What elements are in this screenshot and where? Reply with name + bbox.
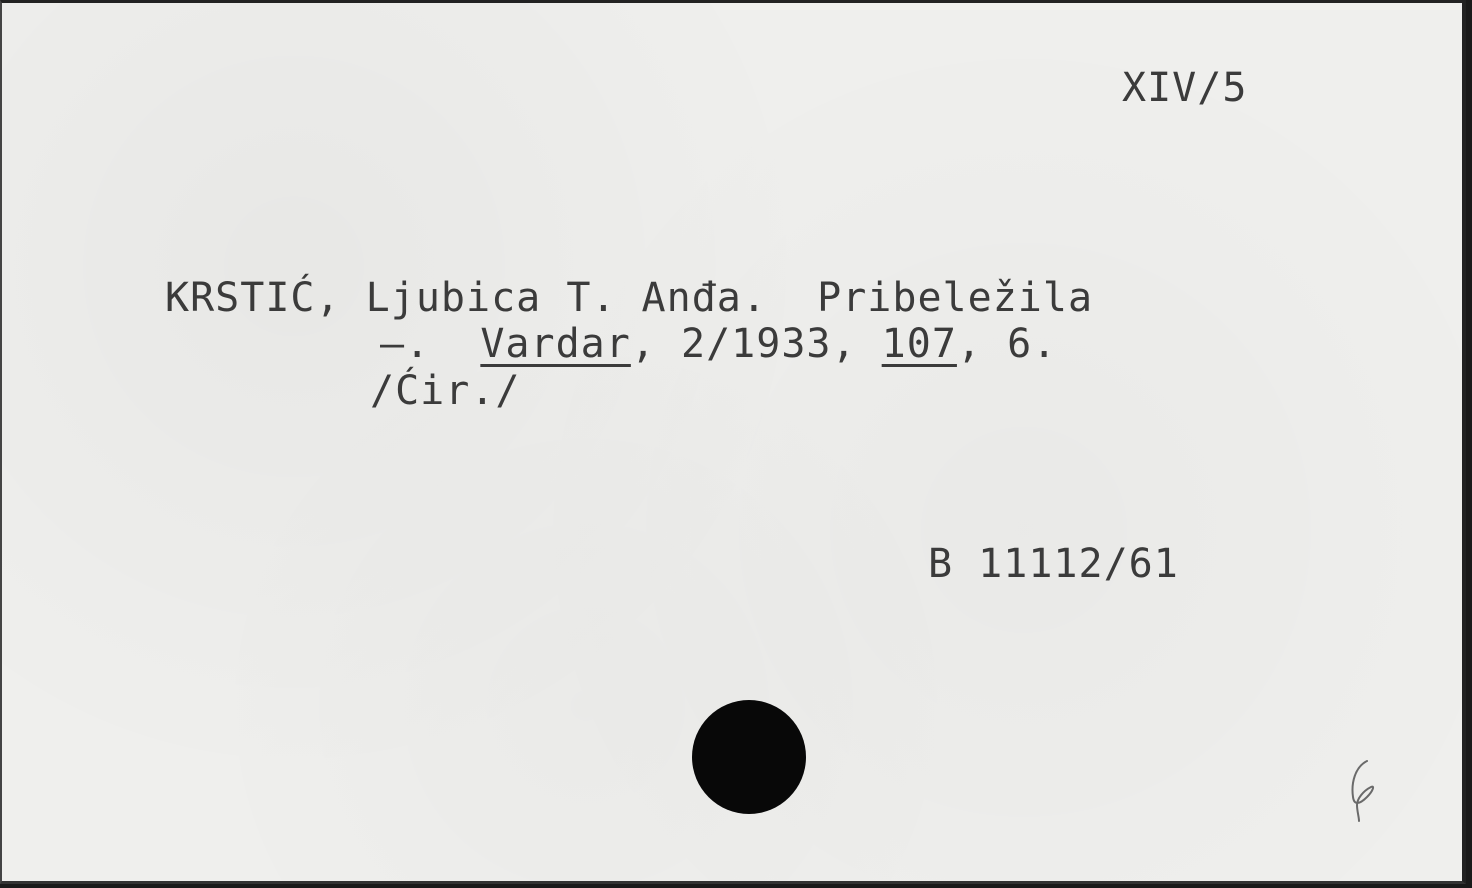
punch-hole [692, 700, 806, 814]
catalog-card: XIV/5 KRSTIĆ, Ljubica T. Anđa. Pribeleži… [0, 0, 1466, 884]
entry-line-author: KRSTIĆ, Ljubica T. Anđa. Pribeležila [165, 275, 1093, 321]
journal-issue: , 2/1933, [631, 321, 882, 367]
journal-page: , 6. [957, 321, 1057, 367]
accession-number: B 11112/61 [928, 541, 1179, 587]
entry-line-source: —. Vardar, 2/1933, 107, 6. [380, 321, 1057, 367]
classmark: XIV/5 [1122, 65, 1247, 111]
handwritten-mark-icon [1345, 753, 1385, 823]
title-dash: —. [380, 321, 430, 367]
journal-number: 107 [882, 321, 957, 367]
entry-title: Pribeležila [817, 275, 1093, 321]
script-note: /Ćir./ [370, 368, 521, 414]
journal-title: Vardar [480, 321, 631, 367]
author-name: KRSTIĆ, Ljubica T. Anđa. [165, 275, 767, 321]
